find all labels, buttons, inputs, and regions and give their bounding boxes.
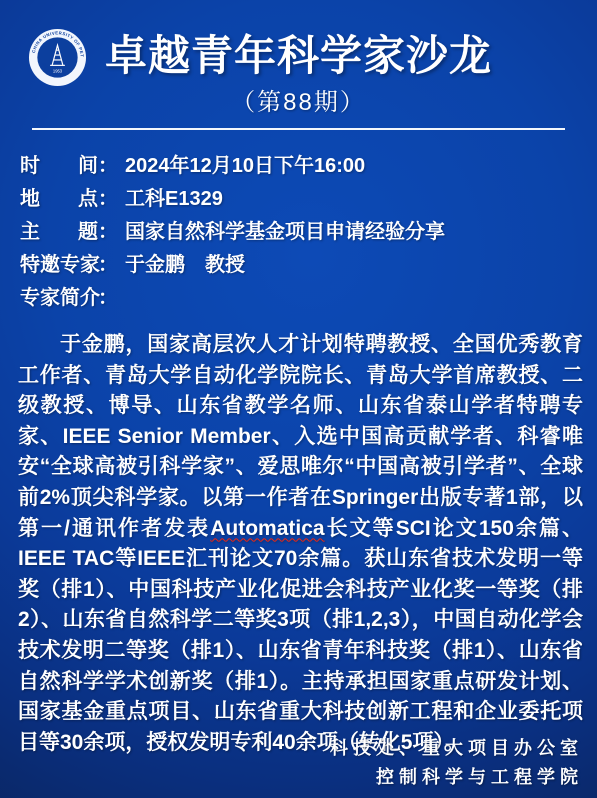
info-row-time: 时间：2024年12月10日下午16:00	[20, 150, 597, 183]
info-row-location: 地点：工科E1329	[20, 183, 597, 216]
organizer-signature: 科技处、重大项目办公室 控制科学与工程学院	[330, 735, 583, 792]
info-value: 工科E1329	[125, 183, 223, 216]
divider-line	[32, 128, 565, 130]
organizer-line-2: 控制科学与工程学院	[330, 764, 583, 793]
poster-title: 卓越青年科学家沙龙	[0, 0, 597, 79]
info-label: 主题	[20, 216, 98, 249]
bio-spellchecked-word: Automatica	[210, 517, 324, 540]
info-value: 2024年12月10日下午16:00	[125, 150, 365, 183]
bio-text-part2: 长文等SCI论文150余篇、IEEE TAC等IEEE汇刊论文70余篇。获山东省…	[18, 517, 583, 754]
info-label: 时间	[20, 150, 98, 183]
issue-number: （第88期）	[0, 88, 597, 118]
event-poster: CHINA UNIVERSITY OF PETROLEUM 中国石油大学 195…	[0, 0, 597, 798]
info-colon: ：	[98, 183, 118, 216]
event-info-section: 时间：2024年12月10日下午16:00 地点：工科E1329 主题：国家自然…	[0, 150, 597, 315]
bio-text-part1: 于金鹏，国家高层次人才计划特聘教授、全国优秀教育工作者、青岛大学自动化学院院长、…	[18, 333, 583, 540]
info-label: 地点	[20, 183, 98, 216]
info-colon: ：	[98, 282, 118, 315]
info-row-topic: 主题：国家自然科学基金项目申请经验分享	[20, 216, 597, 249]
info-value: 于金鹏 教授	[125, 249, 245, 282]
info-label: 专家简介	[20, 282, 98, 315]
info-row-speaker: 特邀专家：于金鹏 教授	[20, 249, 597, 282]
info-colon: ：	[98, 150, 118, 183]
speaker-bio-paragraph: 于金鹏，国家高层次人才计划特聘教授、全国优秀教育工作者、青岛大学自动化学院院长、…	[18, 330, 583, 758]
university-seal-icon: CHINA UNIVERSITY OF PETROLEUM 中国石油大学 195…	[28, 28, 87, 87]
info-row-bio-heading: 专家简介：	[20, 282, 597, 315]
info-label: 特邀专家	[20, 249, 98, 282]
info-colon: ：	[98, 249, 118, 282]
organizer-line-1: 科技处、重大项目办公室	[330, 735, 583, 764]
info-value: 国家自然科学基金项目申请经验分享	[125, 216, 445, 249]
info-colon: ：	[98, 216, 118, 249]
seal-year: 1953	[53, 69, 63, 74]
